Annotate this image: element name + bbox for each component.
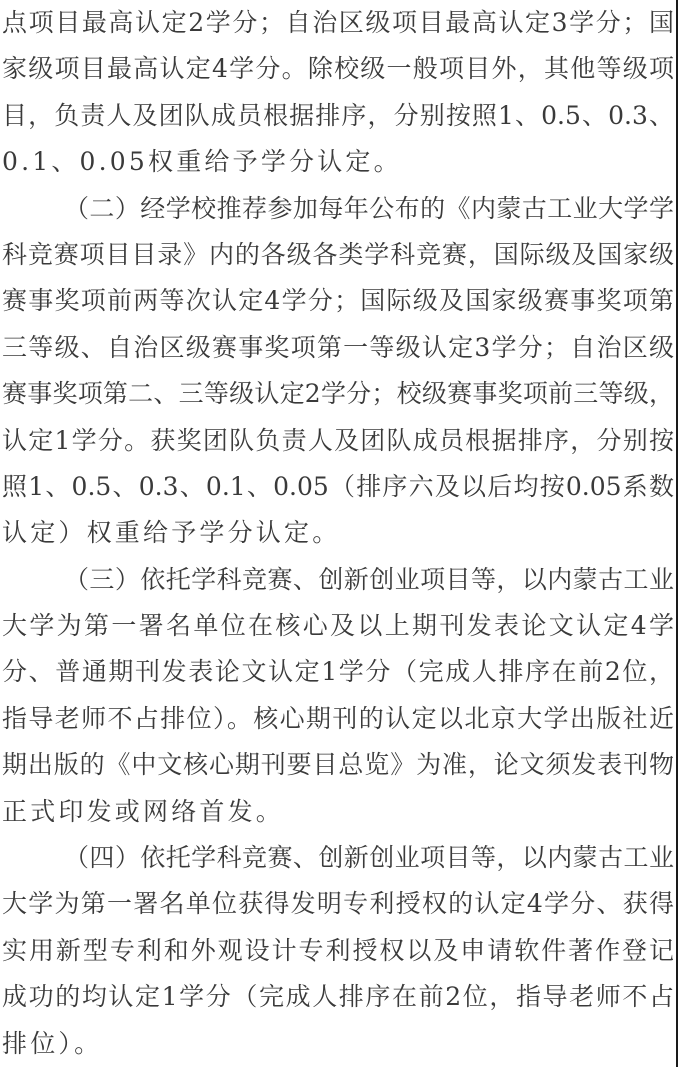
text-line: 家级项目最高认定4学分。除校级一般项目外，其他等级项: [2, 46, 674, 92]
text-line: 科竞赛项目目录》内的各级各类学科竞赛，国际级及国家级: [2, 232, 674, 278]
text-line: 赛事奖项前两等次认定4学分；国际级及国家级赛事奖项第: [2, 278, 674, 324]
text-line: （三）依托学科竞赛、创新创业项目等，以内蒙古工业: [2, 557, 674, 603]
text-line: 实用新型专利和外观设计专利授权以及申请软件著作登记: [2, 928, 674, 974]
paragraph-item-2: （二）经学校推荐参加每年公布的《内蒙古工业大学学 科竞赛项目目录》内的各级各类学…: [2, 186, 674, 557]
text-line: 照1、0.5、0.3、0.1、0.05（排序六及以后均按0.05系数: [2, 464, 674, 510]
text-line: 目，负责人及团队成员根据排序，分别按照1、0.5、0.3、: [2, 93, 674, 139]
text-line: 赛事奖项第二、三等级认定2学分；校级赛事奖项前三等级，: [2, 371, 674, 417]
text-line: 大学为第一署名单位获得发明专利授权的认定4学分、获得: [2, 881, 674, 927]
text-line: 大学为第一署名单位在核心及以上期刊发表论文认定4学: [2, 603, 674, 649]
text-line: 期出版的《中文核心期刊要目总览》为准，论文须发表刊物: [2, 742, 674, 788]
text-line: 点项目最高认定2学分；自治区级项目最高认定3学分；国: [2, 0, 674, 46]
text-line: （四）依托学科竞赛、创新创业项目等，以内蒙古工业: [2, 835, 674, 881]
paragraph-item-4: （四）依托学科竞赛、创新创业项目等，以内蒙古工业 大学为第一署名单位获得发明专利…: [2, 835, 674, 1067]
text-line: 成功的均认定1学分（完成人排序在前2位，指导老师不占: [2, 974, 674, 1020]
text-line: 三等级、自治区级赛事奖项第一等级认定3学分；自治区级: [2, 325, 674, 371]
text-line: 认定1学分。获奖团队负责人及团队成员根据排序，分别按: [2, 418, 674, 464]
text-line: 0.1、0.05权重给予学分认定。: [2, 139, 674, 185]
text-line: 正式印发或网络首发。: [2, 789, 674, 835]
paragraph-item-3: （三）依托学科竞赛、创新创业项目等，以内蒙古工业 大学为第一署名单位在核心及以上…: [2, 557, 674, 835]
document-body: 点项目最高认定2学分；自治区级项目最高认定3学分；国 家级项目最高认定4学分。除…: [2, 0, 674, 1067]
text-line: 排位）。: [2, 1021, 674, 1067]
text-line: 指导老师不占排位）。核心期刊的认定以北京大学出版社近: [2, 696, 674, 742]
paragraph-continuation: 点项目最高认定2学分；自治区级项目最高认定3学分；国 家级项目最高认定4学分。除…: [2, 0, 674, 186]
text-line: 认定）权重给予学分认定。: [2, 510, 674, 556]
document-page: 点项目最高认定2学分；自治区级项目最高认定3学分；国 家级项目最高认定4学分。除…: [0, 0, 678, 1067]
text-line: 分、普通期刊发表论文认定1学分（完成人排序在前2位，: [2, 649, 674, 695]
text-line: （二）经学校推荐参加每年公布的《内蒙古工业大学学: [2, 186, 674, 232]
